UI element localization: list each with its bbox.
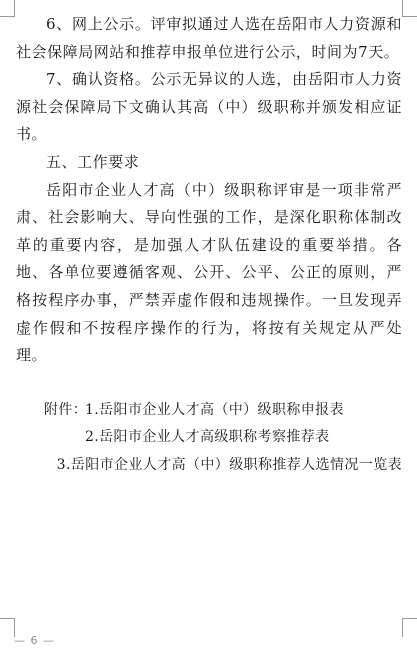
paragraph-item-6: 6、网上公示。评审拟通过人选在岳阳市人力资源和社会保障局网站和推荐申报单位进行公…: [16, 11, 402, 66]
spacer: [16, 370, 402, 397]
attachment-item: 2.岳阳市企业人才高级职称考察推荐表: [85, 424, 330, 452]
crop-mark-top-right: [402, 0, 417, 17]
section-heading-work-requirements: 五、工作要求: [16, 149, 402, 177]
document-page: 6、网上公示。评审拟通过人选在岳阳市人力资源和社会保障局网站和推荐申报单位进行公…: [16, 11, 402, 480]
attachments-label: 附件：: [44, 397, 85, 425]
page-number: — 6 —: [14, 634, 55, 647]
attachment-row-2: 2.岳阳市企业人才高级职称考察推荐表: [16, 424, 402, 452]
paragraph-work-requirements: 岳阳市企业人才高（中）级职称评审是一项非常严肃、社会影响大、导向性强的工作，是深…: [16, 177, 402, 370]
attachment-item: 3.岳阳市企业人才高（中）级职称推荐人选情况一览表: [57, 452, 402, 480]
crop-mark-bottom-right: [402, 618, 417, 637]
paragraph-item-7: 7、确认资格。公示无异议的人选，由岳阳市人力资源社会保障局下文确认其高（中）级职…: [16, 66, 402, 149]
crop-mark-bottom-left: [0, 618, 15, 637]
attachment-item: 1.岳阳市企业人才高（中）级职称申报表: [85, 397, 344, 425]
attachment-row-3: 3.岳阳市企业人才高（中）级职称推荐人选情况一览表: [16, 452, 402, 480]
crop-mark-top-left: [0, 0, 15, 17]
attachments-list: 附件： 1.岳阳市企业人才高（中）级职称申报表 2.岳阳市企业人才高级职称考察推…: [16, 397, 402, 480]
attachment-row-1: 附件： 1.岳阳市企业人才高（中）级职称申报表: [16, 397, 402, 425]
